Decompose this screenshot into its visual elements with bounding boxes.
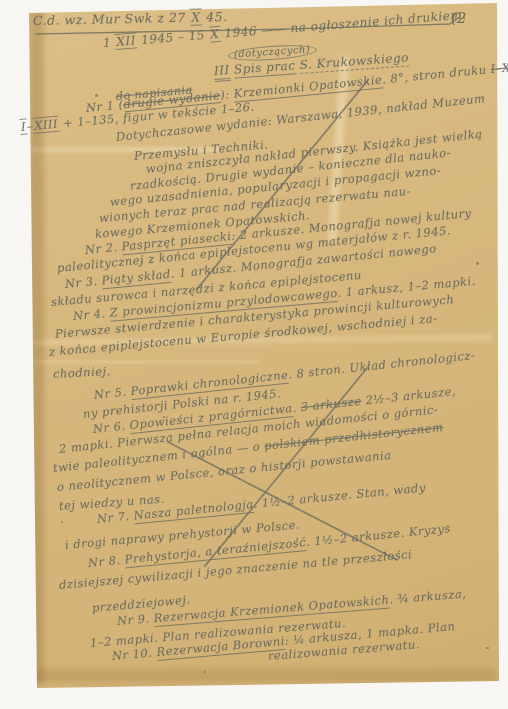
handwritten-text-segment: C.d. wz. Mur Swk z 27: [33, 10, 191, 28]
handwritten-text-segment: . 8 stron. Układ chronologicz-: [288, 348, 476, 382]
handwritten-text-segment: X: [190, 8, 202, 25]
handwritten-text-segment: Spis prac: [234, 58, 296, 78]
handwritten-text-segment: . 1½–2 arkusze. Kryzys: [305, 521, 451, 549]
handwritten-text-segment: I–XIII: [490, 59, 508, 76]
page-number: (2: [451, 9, 466, 27]
handwritten-text-segment: III: [214, 63, 231, 82]
handwritten-text-segment: Nr 5.: [93, 384, 131, 402]
handwritten-text-segment: Nr 9.: [116, 611, 154, 628]
handwritten-line: C.d. wz. Mur Swk z 27 X 45.: [33, 9, 228, 28]
handwritten-line: chodniej.: [53, 364, 111, 381]
handwritten-text-segment: Nr 8.: [87, 553, 125, 570]
handwritten-text-segment: Nr 6.: [92, 418, 130, 436]
handwritten-text-segment: Nr 3.: [64, 274, 102, 291]
handwritten-text-segment: Nr 10.: [111, 645, 157, 663]
scanned-manuscript: C.d. wz. Mur Swk z 27 X 45.1 XII 1945 – …: [0, 0, 508, 709]
handwritten-text-segment: 1945 – 15: [136, 28, 209, 48]
handwritten-text-segment: . 1½–2 arkusze. Stan, wady: [253, 480, 426, 511]
handwritten-text-segment: 45.: [202, 9, 228, 25]
handwritten-text-segment: Nr 4.: [72, 306, 110, 323]
handwriting-layer: C.d. wz. Mur Swk z 27 X 45.1 XII 1945 – …: [0, 0, 508, 709]
handwritten-text-segment: XII: [115, 32, 138, 50]
handwritten-text-segment: 1946 —— na ogłoszenie ich drukiem.: [220, 7, 467, 40]
handwritten-text-segment: Nr 7.: [96, 509, 134, 526]
handwritten-text-segment: XIII: [33, 116, 60, 134]
handwritten-text-segment: chodniej.: [53, 364, 111, 381]
handwritten-text-segment: . ¾ arkusza,: [389, 587, 467, 607]
